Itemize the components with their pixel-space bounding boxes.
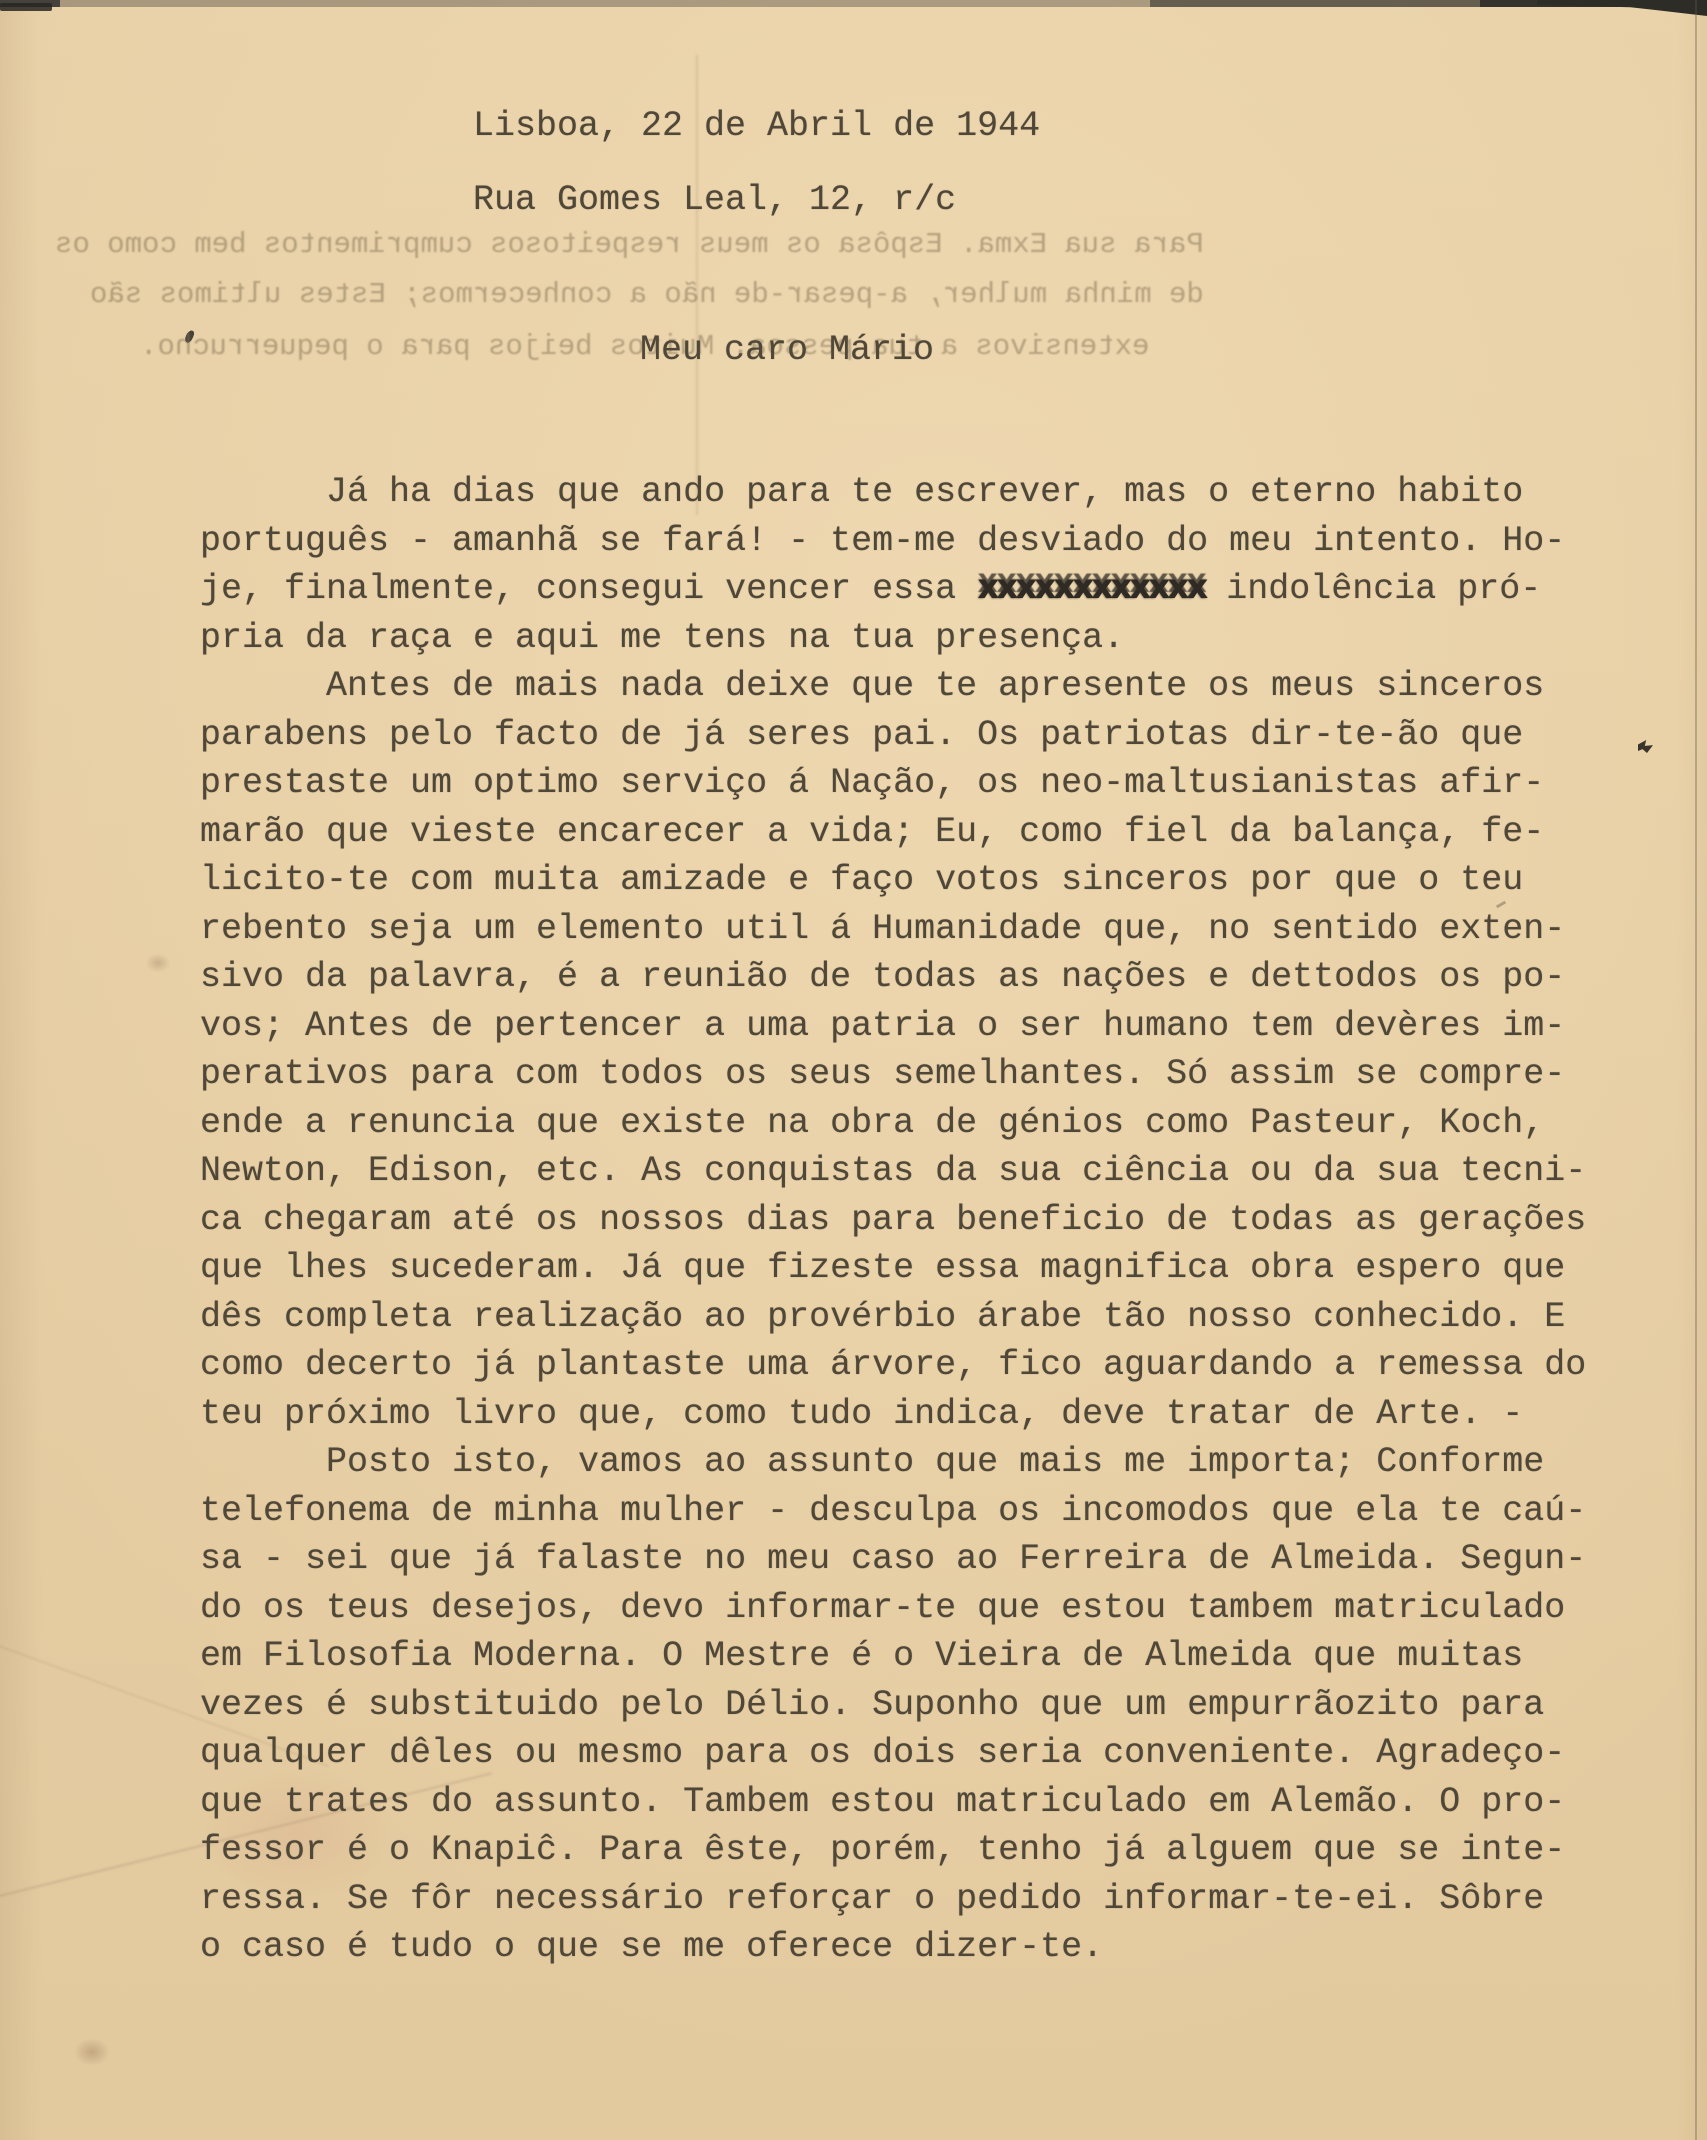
body-line: vezes é substituido pelo Délio. Suponho … bbox=[200, 1681, 1670, 1730]
body-line: português - amanhã se fará! - tem-me des… bbox=[200, 517, 1670, 566]
body-line: em Filosofia Moderna. O Mestre é o Vieir… bbox=[200, 1632, 1670, 1681]
date-line: Lisboa, 22 de Abril de 1944 bbox=[473, 104, 1040, 148]
bleedthrough-line: de minha mulher, a-pesar-de não a conhec… bbox=[90, 278, 1204, 311]
body-line: Já ha dias que ando para te escrever, ma… bbox=[200, 468, 1670, 517]
body-line: Posto isto, vamos ao assunto que mais me… bbox=[200, 1438, 1670, 1487]
body-line: rebento seja um elemento util á Humanida… bbox=[200, 905, 1670, 954]
body-line: telefonema de minha mulher - desculpa os… bbox=[200, 1487, 1670, 1536]
body-line: pria da raça e aqui me tens na tua prese… bbox=[200, 614, 1670, 663]
body-line-with-strikeout: je, finalmente, consegui vencer essa xxx… bbox=[200, 565, 1670, 614]
letter-page: Para sua Exma. Espôsa os meus respeitoso… bbox=[0, 0, 1707, 2140]
body-line: o caso é tudo o que se me oferece dizer-… bbox=[200, 1923, 1670, 1972]
body-line: dês completa realização ao provérbio ára… bbox=[200, 1293, 1670, 1342]
body-line: perativos para com todos os seus semelha… bbox=[200, 1050, 1670, 1099]
body-line: qualquer dêles ou mesmo para os dois ser… bbox=[200, 1729, 1670, 1778]
body-line: fessor é o Knapiĉ. Para êste, porém, ten… bbox=[200, 1826, 1670, 1875]
salutation: Meu caro Mário bbox=[640, 328, 934, 372]
scanner-edge-mark bbox=[0, 3, 52, 11]
body-line: marão que vieste encarecer a vida; Eu, c… bbox=[200, 808, 1670, 857]
body-line: licito-te com muita amizade e faço votos… bbox=[200, 856, 1670, 905]
body-line: parabens pelo facto de já seres pai. Os … bbox=[200, 711, 1670, 760]
body-line: teu próximo livro que, como tudo indica,… bbox=[200, 1390, 1670, 1439]
body-line: prestaste um optimo serviço á Nação, os … bbox=[200, 759, 1670, 808]
body-line: que lhes sucederam. Já que fizeste essa … bbox=[200, 1244, 1670, 1293]
body-line: sivo da palavra, é a reunião de todas as… bbox=[200, 953, 1670, 1002]
scanner-edge-corner bbox=[1537, 0, 1707, 16]
body-line: como decerto já plantaste uma árvore, fi… bbox=[200, 1341, 1670, 1390]
paper-edge-right bbox=[1695, 0, 1697, 2140]
body-line: sa - sei que já falaste no meu caso ao F… bbox=[200, 1535, 1670, 1584]
body-line: ende a renuncia que existe na obra de gé… bbox=[200, 1099, 1670, 1148]
body-line: do os teus desejos, devo informar-te que… bbox=[200, 1584, 1670, 1633]
strikeout-post-text: indolência pró- bbox=[1205, 569, 1541, 609]
body-line: ca chegaram até os nossos dias para bene… bbox=[200, 1196, 1670, 1245]
body-line: Newton, Edison, etc. As conquistas da su… bbox=[200, 1147, 1670, 1196]
body-line: vos; Antes de pertencer a uma patria o s… bbox=[200, 1002, 1670, 1051]
strikeout-overtyped-text: xxxxxxxxxxxx bbox=[977, 569, 1205, 609]
bleedthrough-line: Para sua Exma. Espôsa os meus respeitoso… bbox=[55, 228, 1204, 261]
strikeout-pre-text: je, finalmente, consegui vencer essa bbox=[200, 569, 977, 609]
scanner-edge-top bbox=[0, 0, 1707, 7]
body-line: ressa. Se fôr necessário reforçar o pedi… bbox=[200, 1875, 1670, 1924]
body-line: que trates do assunto. Tambem estou matr… bbox=[200, 1778, 1670, 1827]
letter-body: Já ha dias que ando para te escrever, ma… bbox=[200, 468, 1670, 1972]
address-line: Rua Gomes Leal, 12, r/c bbox=[473, 178, 956, 222]
body-line: Antes de mais nada deixe que te apresent… bbox=[200, 662, 1670, 711]
